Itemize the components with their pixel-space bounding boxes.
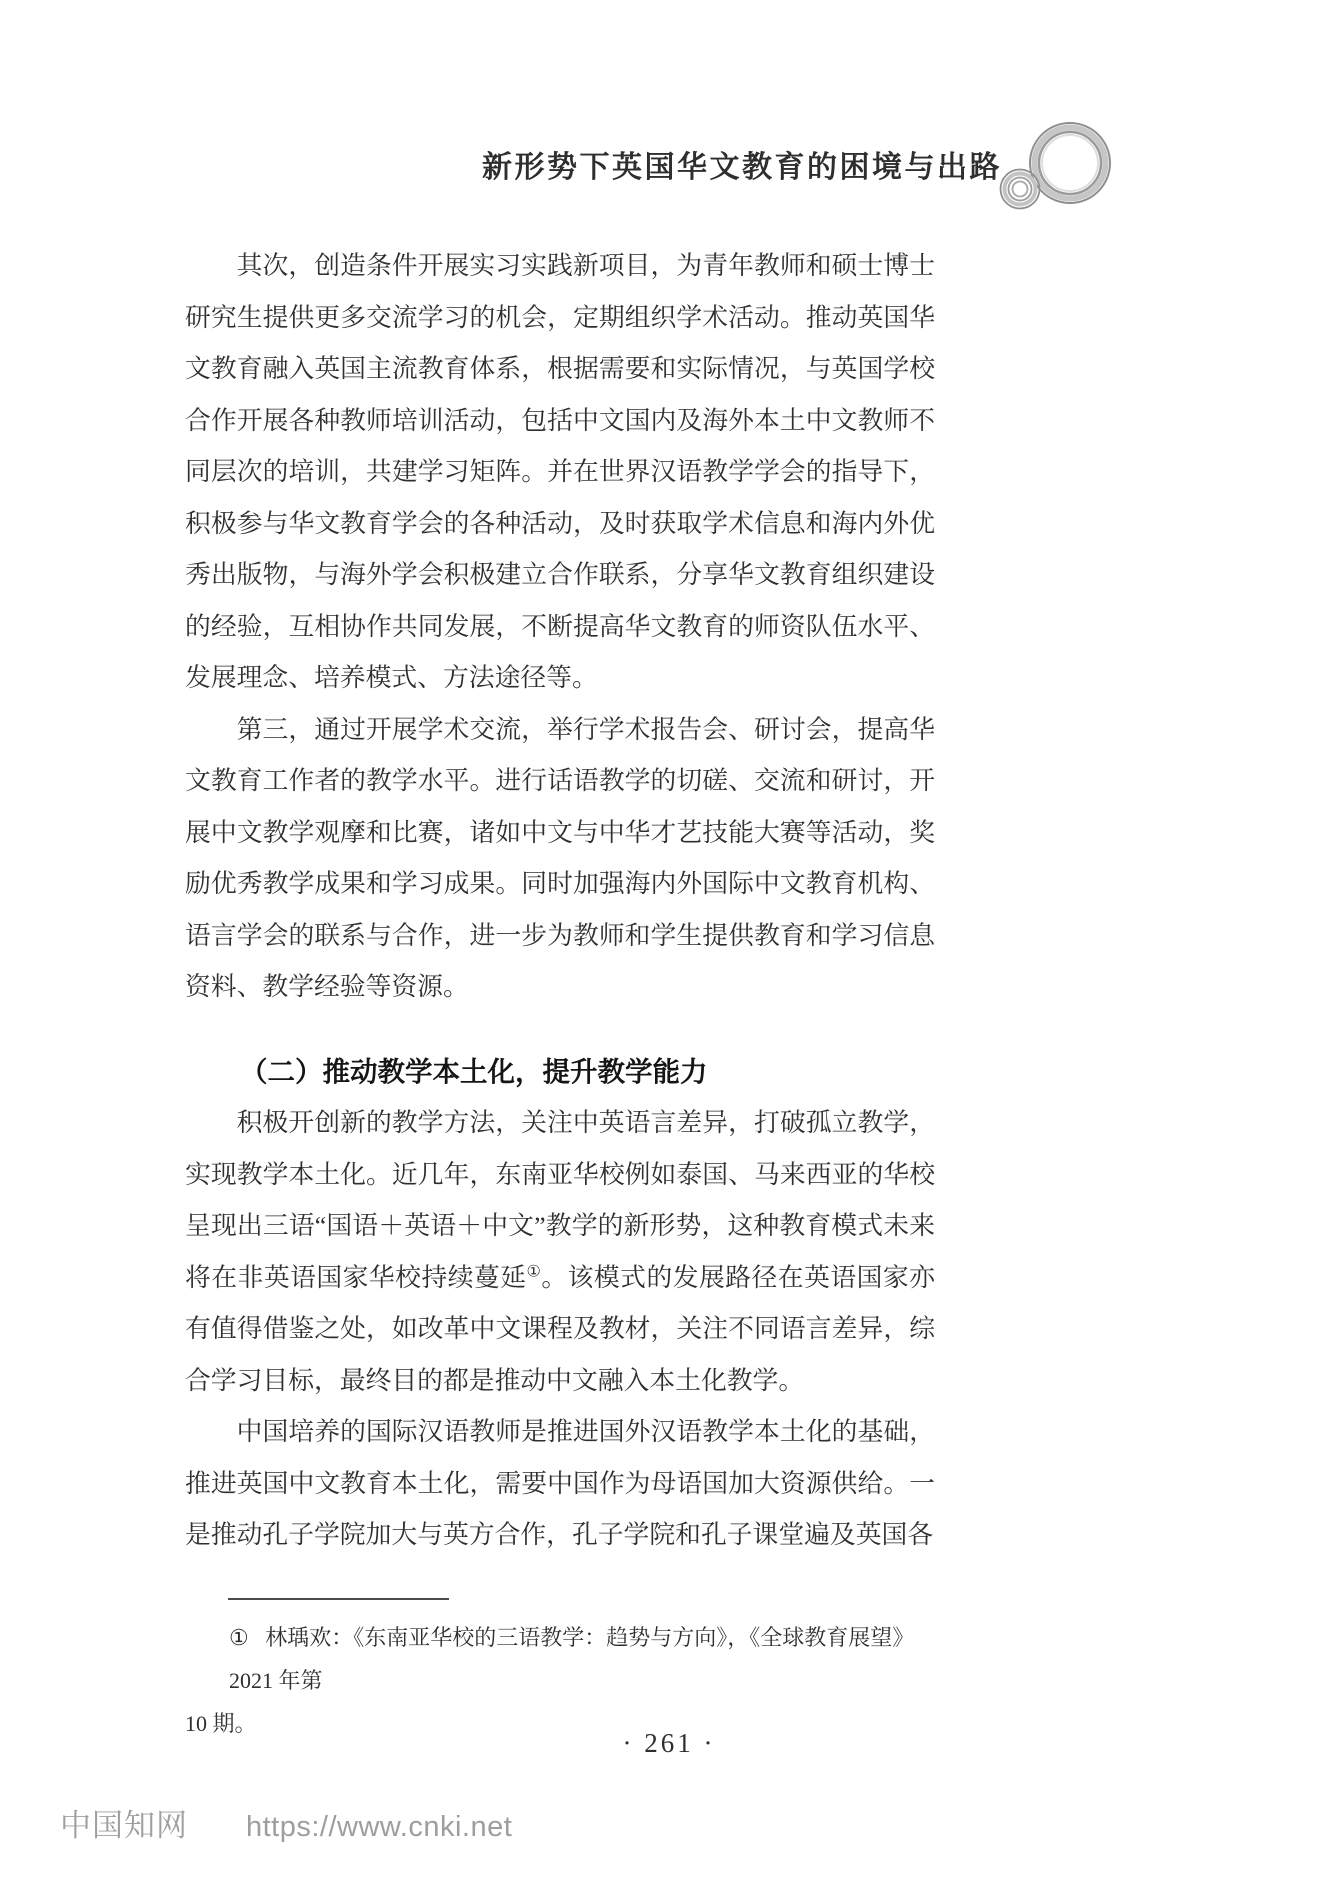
body-paragraph-1: 其次，创造条件开展实习实践新项目，为青年教师和硕士博士研究生提供更多交流学习的机… (185, 240, 935, 704)
cnki-rings-logo (995, 116, 1115, 214)
body-paragraph-3: 积极开创新的教学方法，关注中英语言差异，打破孤立教学，实现教学本土化。近几年，东… (185, 1097, 935, 1406)
running-head-title: 新形势下英国华文教育的困境与出路 (482, 150, 1002, 186)
footnote: ①林瑀欢：《东南亚华校的三语教学：趋势与方向》，《全球教育展望》2021 年第 … (185, 1616, 955, 1745)
section-heading: （二）推动教学本土化，提升教学能力 (185, 1046, 935, 1098)
page-number: · 261 · (0, 1728, 1338, 1759)
footnote-divider (228, 1598, 449, 1600)
body-paragraph-2: 第三，通过开展学术交流，举行学术报告会、研讨会，提高华文教育工作者的教学水平。进… (185, 704, 935, 1013)
footnote-line-1: ①林瑀欢：《东南亚华校的三语教学：趋势与方向》，《全球教育展望》2021 年第 (185, 1616, 955, 1702)
footnote-ref-marker: ① (527, 1263, 542, 1280)
document-page: 新形势下英国华文教育的困境与出路 其次，创造条件开展实习实践新项目，为青年教师和… (0, 0, 1338, 1890)
footnote-marker: ① (229, 1625, 249, 1650)
cnki-watermark: 中国知网https://www.cnki.net (60, 1800, 512, 1845)
footnote-text: 林瑀欢：《东南亚华校的三语教学：趋势与方向》，《全球教育展望》2021 年第 (229, 1625, 914, 1693)
cnki-url-text: https://www.cnki.net (246, 1811, 512, 1843)
page-body: 其次，创造条件开展实习实践新项目，为青年教师和硕士博士研究生提供更多交流学习的机… (185, 240, 935, 1561)
cnki-brand-text: 中国知网 (60, 1808, 188, 1843)
body-paragraph-4: 中国培养的国际汉语教师是推进国外汉语教学本土化的基础，推进英国中文教育本土化，需… (185, 1406, 935, 1561)
